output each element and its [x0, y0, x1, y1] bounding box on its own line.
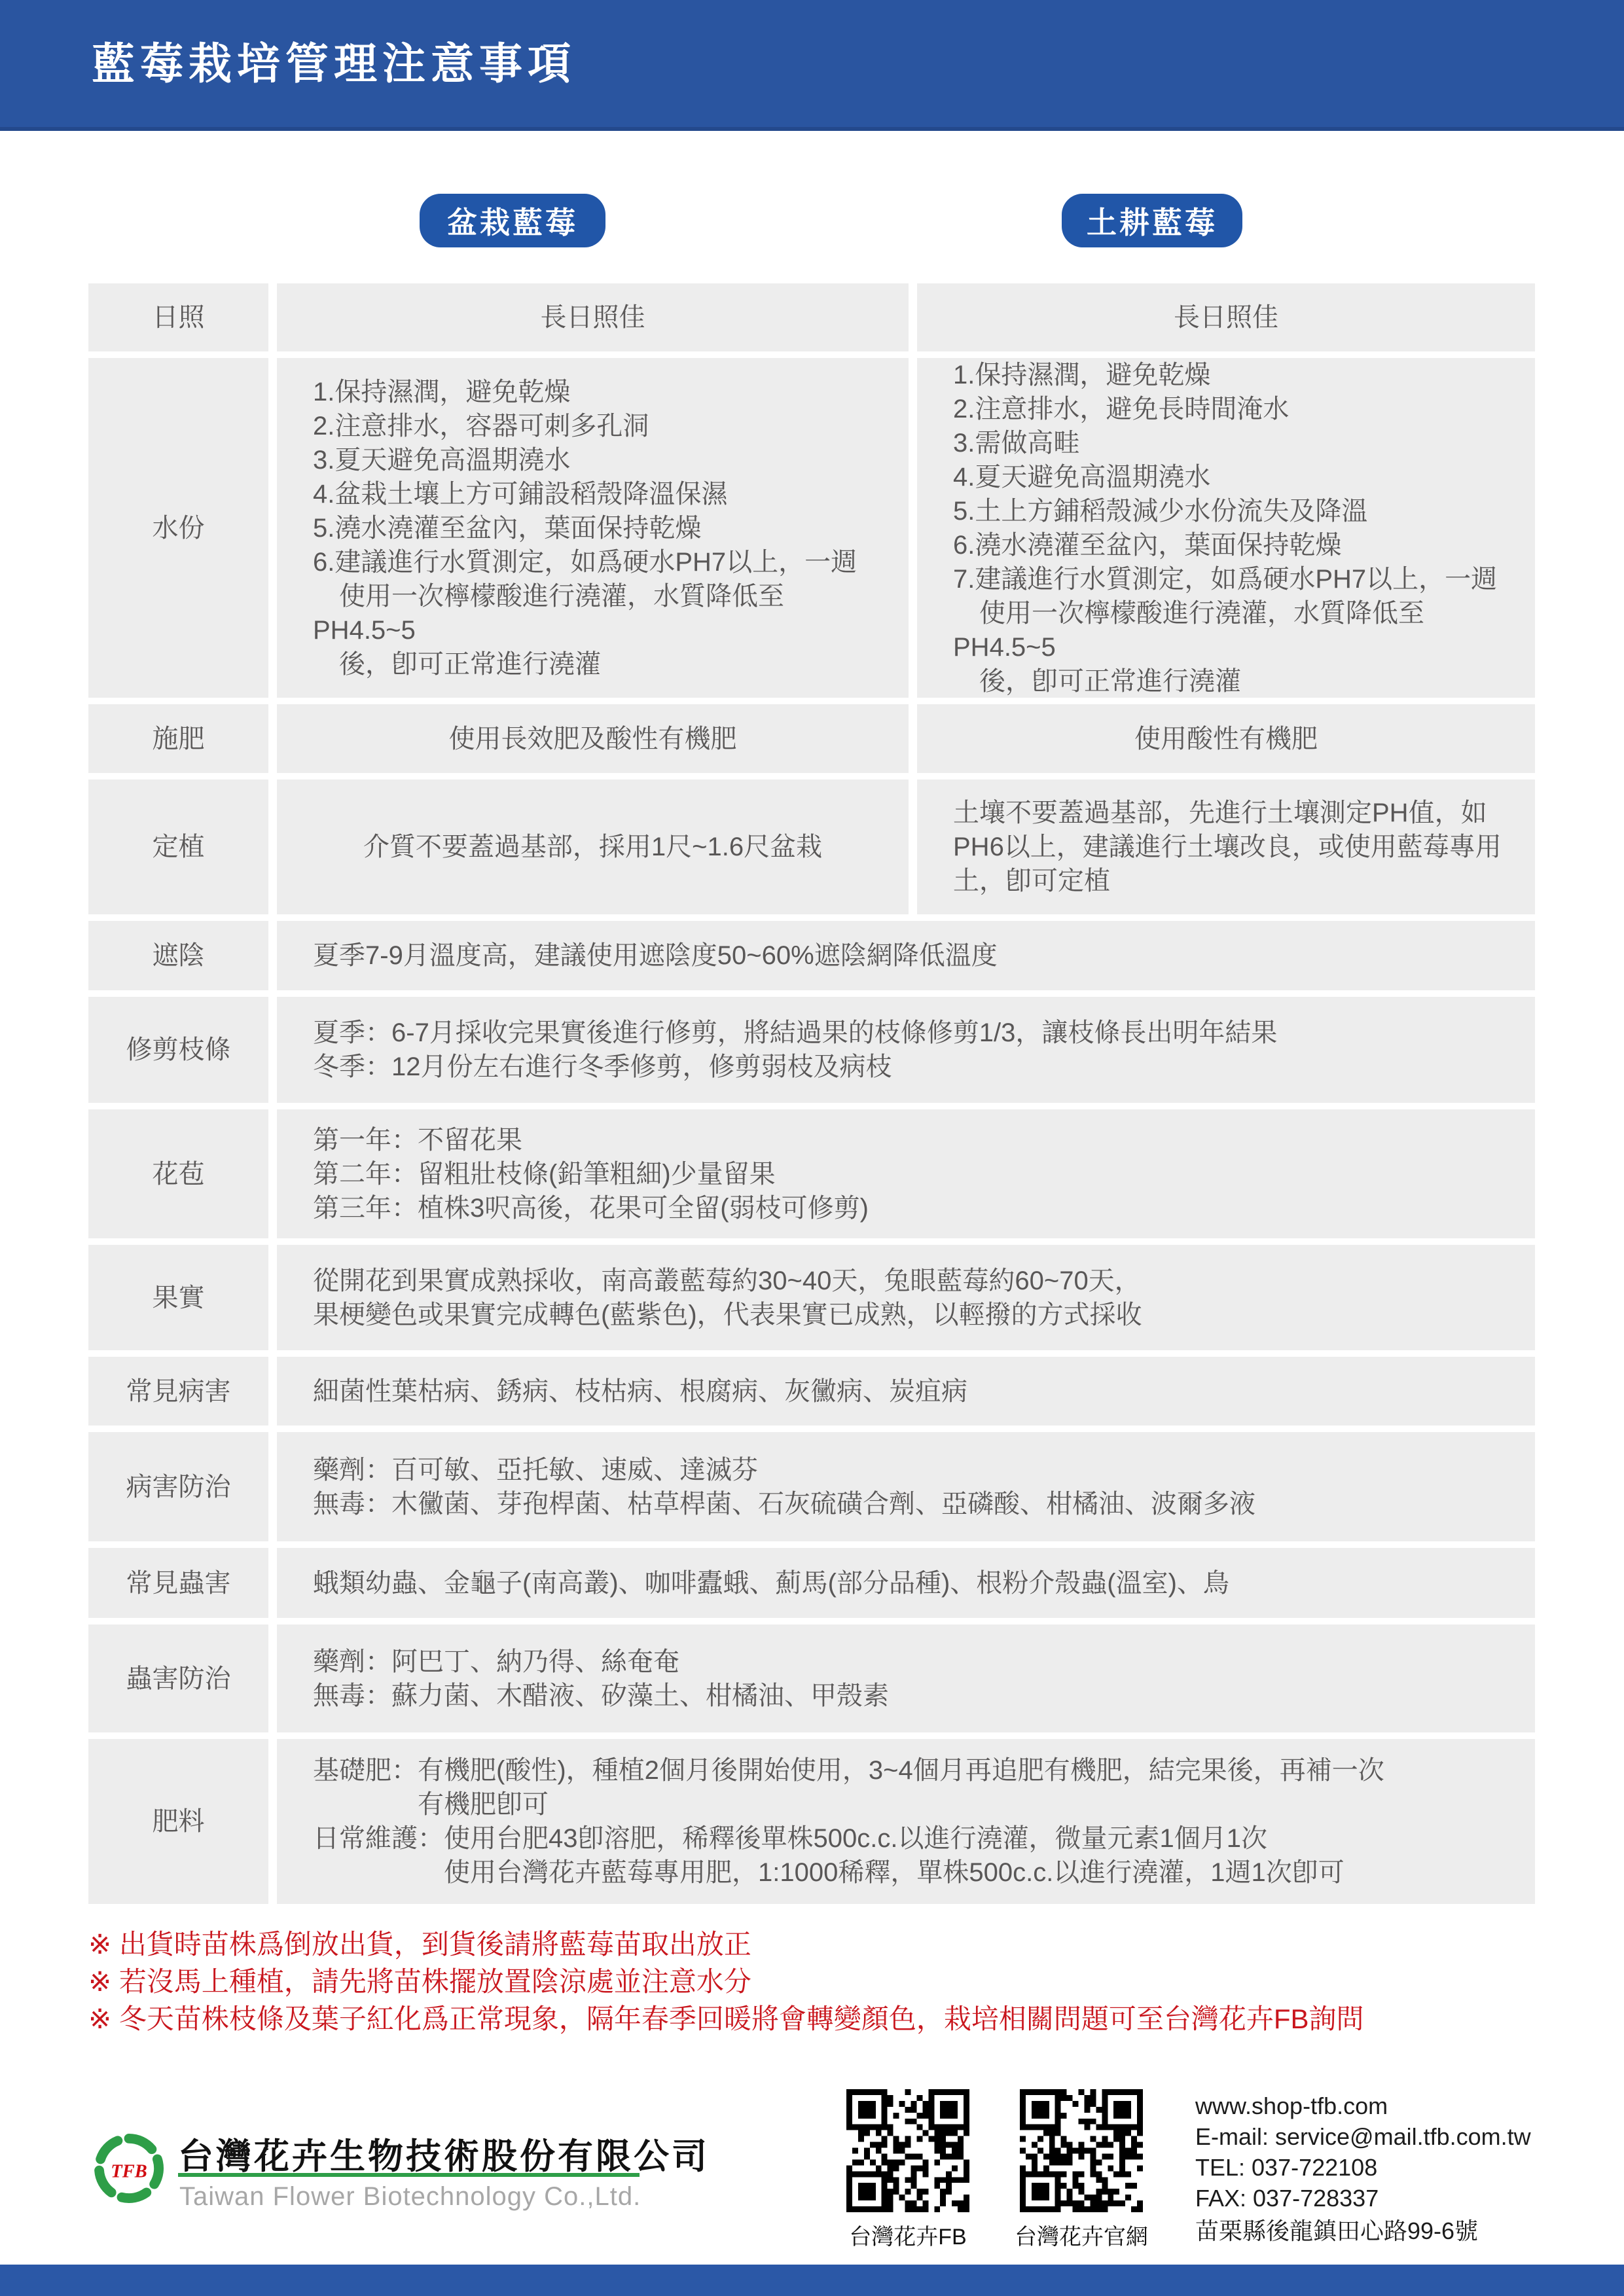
table-cell: 長日照佳 — [917, 283, 1535, 351]
table-cell: 介質不要蓋過基部，採用1尺~1.6尺盆栽 — [277, 780, 909, 914]
table-cell: 蛾類幼蟲、金龜子(南高叢)、咖啡蠹蛾、薊馬(部分品種)、根粉介殼蟲(溫室)、鳥 — [277, 1548, 1535, 1618]
company-underline — [178, 2173, 640, 2177]
contact-website: www.shop-tfb.com — [1195, 2090, 1531, 2121]
table-row-label: 常見蟲害 — [88, 1548, 268, 1618]
table-cell: 土壤不要蓋過基部，先進行土壤測定PH值，如PH6以上，建議進行土壤改良，或使用藍… — [917, 780, 1535, 914]
table-row-label: 施肥 — [88, 704, 268, 773]
company-name-en: Taiwan Flower Biotechnology Co.,Ltd. — [179, 2182, 641, 2212]
table-cell: 長日照佳 — [277, 283, 909, 351]
contact-email: E-mail: service@mail.tfb.com.tw — [1195, 2121, 1531, 2152]
table-cell: 藥劑：百可敏、亞托敏、速威、達滅芬 無毒：木黴菌、芽孢桿菌、枯草桿菌、石灰硫磺合… — [277, 1432, 1535, 1541]
table-cell: 1.保持濕潤，避免乾燥 2.注意排水，避免長時間淹水 3.需做高畦 4.夏天避免… — [917, 358, 1535, 698]
table-row-label: 修剪枝條 — [88, 997, 268, 1103]
qr-label-website: 台灣花卉官網 — [1013, 2219, 1149, 2251]
table-row-label: 遮陰 — [88, 921, 268, 990]
contact-block: www.shop-tfb.com E-mail: service@mail.tf… — [1195, 2090, 1531, 2246]
table-row-label: 病害防治 — [88, 1432, 268, 1541]
table-cell: 夏季：6-7月採收完果實後進行修剪，將結過果的枝條修剪1/3，讓枝條長出明年結果… — [277, 997, 1535, 1103]
table-row-label: 定植 — [88, 780, 268, 914]
table-cell: 使用長效肥及酸性有機肥 — [277, 704, 909, 773]
table-row-label: 水份 — [88, 358, 268, 698]
table-cell: 細菌性葉枯病、銹病、枝枯病、根腐病、灰黴病、炭疽病 — [277, 1357, 1535, 1426]
company-name-zh: 台灣花卉生物技術股份有限公司 — [178, 2128, 710, 2179]
table-row-label: 果實 — [88, 1245, 268, 1350]
table-cell: 第一年：不留花果 第二年：留粗壯枝條(鉛筆粗細)少量留果 第三年：植株3呎高後，… — [277, 1109, 1535, 1238]
qr-label-facebook: 台灣花卉FB — [846, 2219, 969, 2251]
table-cell: 基礎肥：有機肥(酸性)，種植2個月後開始使用，3~4個月再追肥有機肥，結完果後，… — [277, 1739, 1535, 1904]
badge-potted-blueberry: 盆栽藍莓 — [420, 194, 605, 247]
table-row-label: 花苞 — [88, 1109, 268, 1238]
contact-fax: FAX: 037-728337 — [1195, 2183, 1531, 2214]
note-line: ※ 若沒馬上種植，請先將苗株擺放置陰涼處並注意水分 — [88, 1963, 1561, 2000]
contact-address: 苗栗縣後龍鎮田心路99-6號 — [1195, 2215, 1531, 2246]
table-row-label: 日照 — [88, 283, 268, 351]
shipping-notes: ※ 出貨時苗株爲倒放出貨，到貨後請將藍莓苗取出放正※ 若沒馬上種植，請先將苗株擺… — [88, 1926, 1561, 2037]
table-row-label: 常見病害 — [88, 1357, 268, 1426]
tfb-logo-icon: TFB — [92, 2131, 166, 2206]
table-cell: 夏季7-9月溫度高，建議使用遮陰度50~60%遮陰網降低溫度 — [277, 921, 1535, 990]
qr-code-facebook — [846, 2089, 969, 2212]
badge-soil-blueberry: 土耕藍莓 — [1062, 194, 1242, 247]
table-cell: 1.保持濕潤，避免乾燥 2.注意排水，容器可刺多孔洞 3.夏天避免高溫期澆水 4… — [277, 358, 909, 698]
table-cell: 藥劑：阿巴丁、納乃得、絲奄奄 無毒：蘇力菌、木醋液、矽藻土、柑橘油、甲殼素 — [277, 1624, 1535, 1732]
logo-text: TFB — [111, 2162, 147, 2182]
table-cell: 使用酸性有機肥 — [917, 704, 1535, 773]
contact-tel: TEL: 037-722108 — [1195, 2152, 1531, 2183]
table-row-label: 肥料 — [88, 1739, 268, 1904]
note-line: ※ 出貨時苗株爲倒放出貨，到貨後請將藍莓苗取出放正 — [88, 1926, 1561, 1963]
page-header: 藍莓栽培管理注意事項 — [0, 0, 1624, 131]
table-cell: 從開花到果實成熟採收，南高叢藍莓約30~40天，兔眼藍莓約60~70天， 果梗變… — [277, 1245, 1535, 1350]
footer-bar — [0, 2265, 1624, 2296]
qr-code-website — [1020, 2089, 1143, 2212]
table-row-label: 蟲害防治 — [88, 1624, 268, 1732]
page-title: 藍莓栽培管理注意事項 — [92, 42, 576, 85]
care-table: 日照長日照佳長日照佳水份1.保持濕潤，避免乾燥 2.注意排水，容器可刺多孔洞 3… — [88, 283, 1535, 1904]
note-line: ※ 冬天苗株枝條及葉子紅化爲正常現象，隔年春季回暖將會轉變顏色，栽培相關問題可至… — [88, 2000, 1561, 2037]
